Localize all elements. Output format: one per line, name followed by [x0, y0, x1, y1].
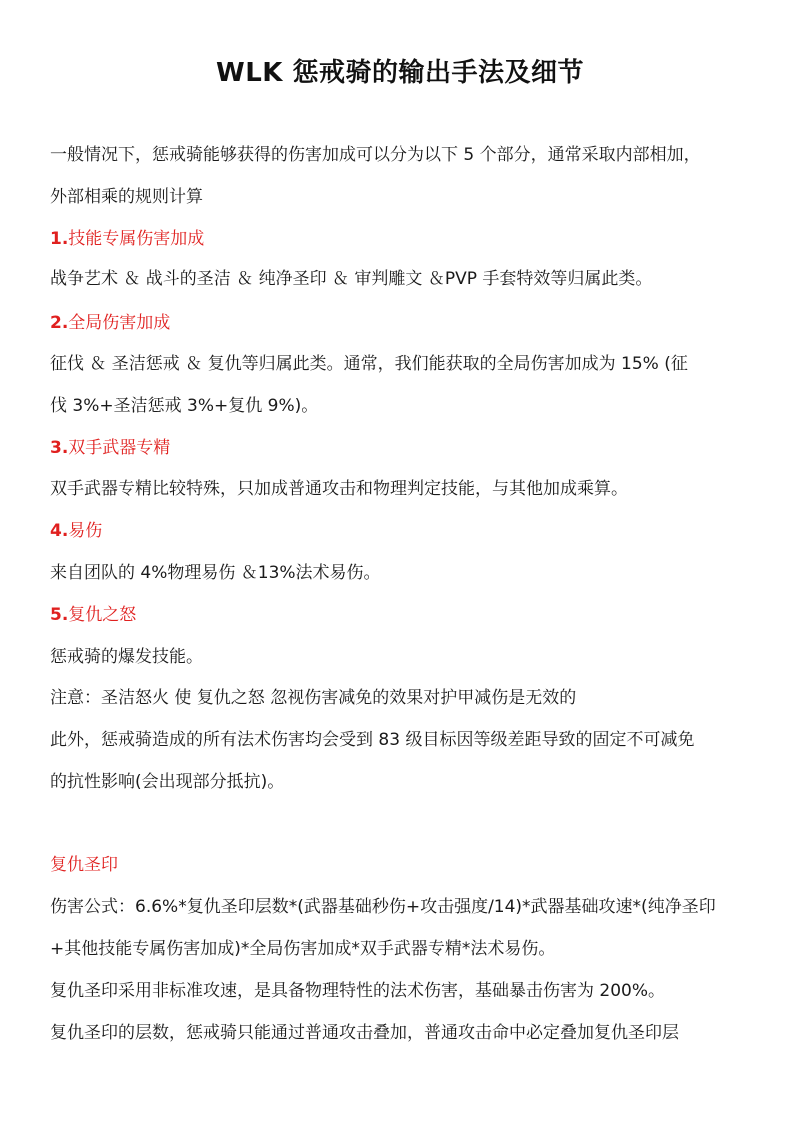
section-4-title: 易伤 — [68, 521, 102, 541]
seal-line-1: 伤害公式：6.6%*复仇圣印层数*(武器基础秒伤+攻击强度/14)*武器基础攻速… — [50, 896, 716, 918]
section-5-line-3: 此外，惩戒骑造成的所有法术伤害均会受到 83 级目标因等级差距导致的固定不可减免 — [50, 729, 694, 751]
section-2-heading: 2.全局伤害加成 — [50, 312, 170, 334]
section-5-title: 复仇之怒 — [68, 605, 136, 625]
seal-section-heading: 复仇圣印 — [50, 854, 118, 876]
section-4-heading: 4.易伤 — [50, 520, 102, 542]
section-2-line-1: 征伐 ＆ 圣洁惩戒 ＆ 复仇等归属此类。通常，我们能获取的全局伤害加成为 15%… — [50, 353, 688, 375]
document-page: WLK 惩戒骑的输出手法及细节 一般情况下，惩戒骑能够获得的伤害加成可以分为以下… — [0, 0, 800, 1131]
intro-line-1: 一般情况下，惩戒骑能够获得的伤害加成可以分为以下 5 个部分，通常采取内部相加， — [50, 144, 701, 166]
section-3-title: 双手武器专精 — [68, 438, 170, 458]
section-4-number: 4. — [50, 521, 68, 541]
section-2-title: 全局伤害加成 — [68, 313, 170, 333]
section-1-line-1: 战争艺术 ＆ 战斗的圣洁 ＆ 纯净圣印 ＆ 审判雕文 ＆PVP 手套特效等归属此… — [50, 268, 652, 290]
section-2-line-2: 伐 3%+圣洁惩戒 3%+复仇 9%)。 — [50, 395, 318, 417]
section-1-number: 1. — [50, 229, 68, 249]
section-4-line-1: 来自团队的 4%物理易伤 ＆13%法术易伤。 — [50, 562, 381, 584]
section-1-heading: 1.技能专属伤害加成 — [50, 228, 204, 250]
intro-line-2: 外部相乘的规则计算 — [50, 186, 203, 208]
section-3-line-1: 双手武器专精比较特殊，只加成普通攻击和物理判定技能，与其他加成乘算。 — [50, 478, 628, 500]
seal-line-3: 复仇圣印采用非标准攻速，是具备物理特性的法术伤害，基础暴击伤害为 200%。 — [50, 980, 665, 1002]
section-2-number: 2. — [50, 313, 68, 333]
section-5-heading: 5.复仇之怒 — [50, 604, 136, 626]
seal-line-4: 复仇圣印的层数，惩戒骑只能通过普通攻击叠加，普通攻击命中必定叠加复仇圣印层 — [50, 1022, 679, 1044]
section-5-number: 5. — [50, 605, 68, 625]
document-title: WLK 惩戒骑的输出手法及细节 — [0, 52, 800, 89]
section-1-title: 技能专属伤害加成 — [68, 229, 204, 249]
section-3-heading: 3.双手武器专精 — [50, 437, 170, 459]
section-5-line-4: 的抗性影响(会出现部分抵抗)。 — [50, 771, 284, 793]
seal-line-2: +其他技能专属伤害加成)*全局伤害加成*双手武器专精*法术易伤。 — [50, 938, 555, 960]
section-3-number: 3. — [50, 438, 68, 458]
section-5-line-1: 惩戒骑的爆发技能。 — [50, 646, 203, 668]
section-5-line-2: 注意：圣洁怒火 使 复仇之怒 忽视伤害减免的效果对护甲减伤是无效的 — [50, 687, 576, 709]
